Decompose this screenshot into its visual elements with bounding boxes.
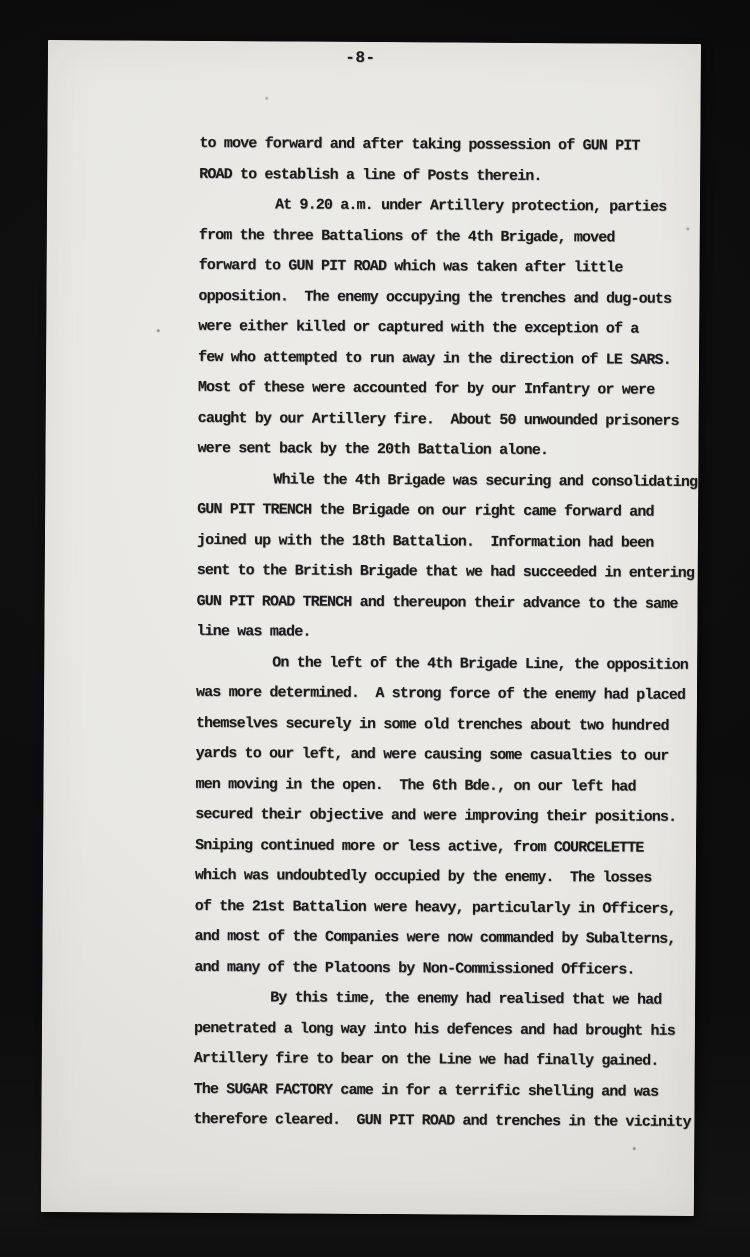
document-page: -8- to move forward and after taking pos… bbox=[41, 40, 701, 1216]
scan-background: -8- to move forward and after taking pos… bbox=[0, 0, 750, 1257]
text-line: The SUGAR FACTORY came in for a terrific… bbox=[194, 1074, 694, 1108]
text-line: men moving in the open. The 6th Bde., on… bbox=[195, 769, 695, 803]
text-line: GUN PIT ROAD TRENCH and thereupon their … bbox=[196, 586, 696, 620]
text-line: While the 4th Brigade was securing and c… bbox=[197, 464, 697, 498]
text-line: At 9.20 a.m. under Artillery protection,… bbox=[199, 190, 699, 224]
text-line: sent to the British Brigade that we had … bbox=[197, 556, 697, 590]
text-line: joined up with the 18th Battalion. Infor… bbox=[197, 525, 697, 559]
text-line: yards to our left, and were causing some… bbox=[196, 739, 696, 773]
text-line: to move forward and after taking possess… bbox=[199, 129, 699, 163]
text-line: were either killed or captured with the … bbox=[198, 312, 698, 346]
text-line: secured their objective and were improvi… bbox=[195, 800, 695, 834]
text-line: were sent back by the 20th Battalion alo… bbox=[197, 434, 697, 468]
text-line: caught by our Artillery fire. About 50 u… bbox=[198, 403, 698, 437]
text-line: few who attempted to run away in the dir… bbox=[198, 342, 698, 376]
text-line: and most of the Companies were now comma… bbox=[194, 922, 694, 956]
document-text: to move forward and after taking possess… bbox=[193, 129, 699, 1139]
text-line: Sniping continued more or less active, f… bbox=[195, 830, 695, 864]
text-line: themselves securely in some old trenches… bbox=[196, 708, 696, 742]
text-line: line was made. bbox=[196, 617, 696, 651]
text-line: therefore cleared. GUN PIT ROAD and tren… bbox=[193, 1105, 693, 1139]
text-line: GUN PIT TRENCH the Brigade on our right … bbox=[197, 495, 697, 529]
text-line: was more determined. A strong force of t… bbox=[196, 678, 696, 712]
text-line: Artillery fire to bear on the Line we ha… bbox=[194, 1044, 694, 1078]
text-line: which was undoubtedly occupied by the en… bbox=[195, 861, 695, 895]
text-line: On the left of the 4th Brigade Line, the… bbox=[196, 647, 696, 681]
text-line: opposition. The enemy occupying the tren… bbox=[198, 281, 698, 315]
text-line: of the 21st Battalion were heavy, partic… bbox=[195, 891, 695, 925]
text-line: Most of these were accounted for by our … bbox=[198, 373, 698, 407]
text-line: forward to GUN PIT ROAD which was taken … bbox=[199, 251, 699, 285]
text-line: penetrated a long way into his defences … bbox=[194, 1013, 694, 1047]
text-line: ROAD to establish a line of Posts therei… bbox=[199, 159, 699, 193]
text-line: and many of the Platoons by Non-Commissi… bbox=[194, 952, 694, 986]
text-line: from the three Battalions of the 4th Bri… bbox=[199, 220, 699, 254]
page-number: -8- bbox=[34, 47, 687, 69]
text-line: By this time, the enemy had realised tha… bbox=[194, 983, 694, 1017]
